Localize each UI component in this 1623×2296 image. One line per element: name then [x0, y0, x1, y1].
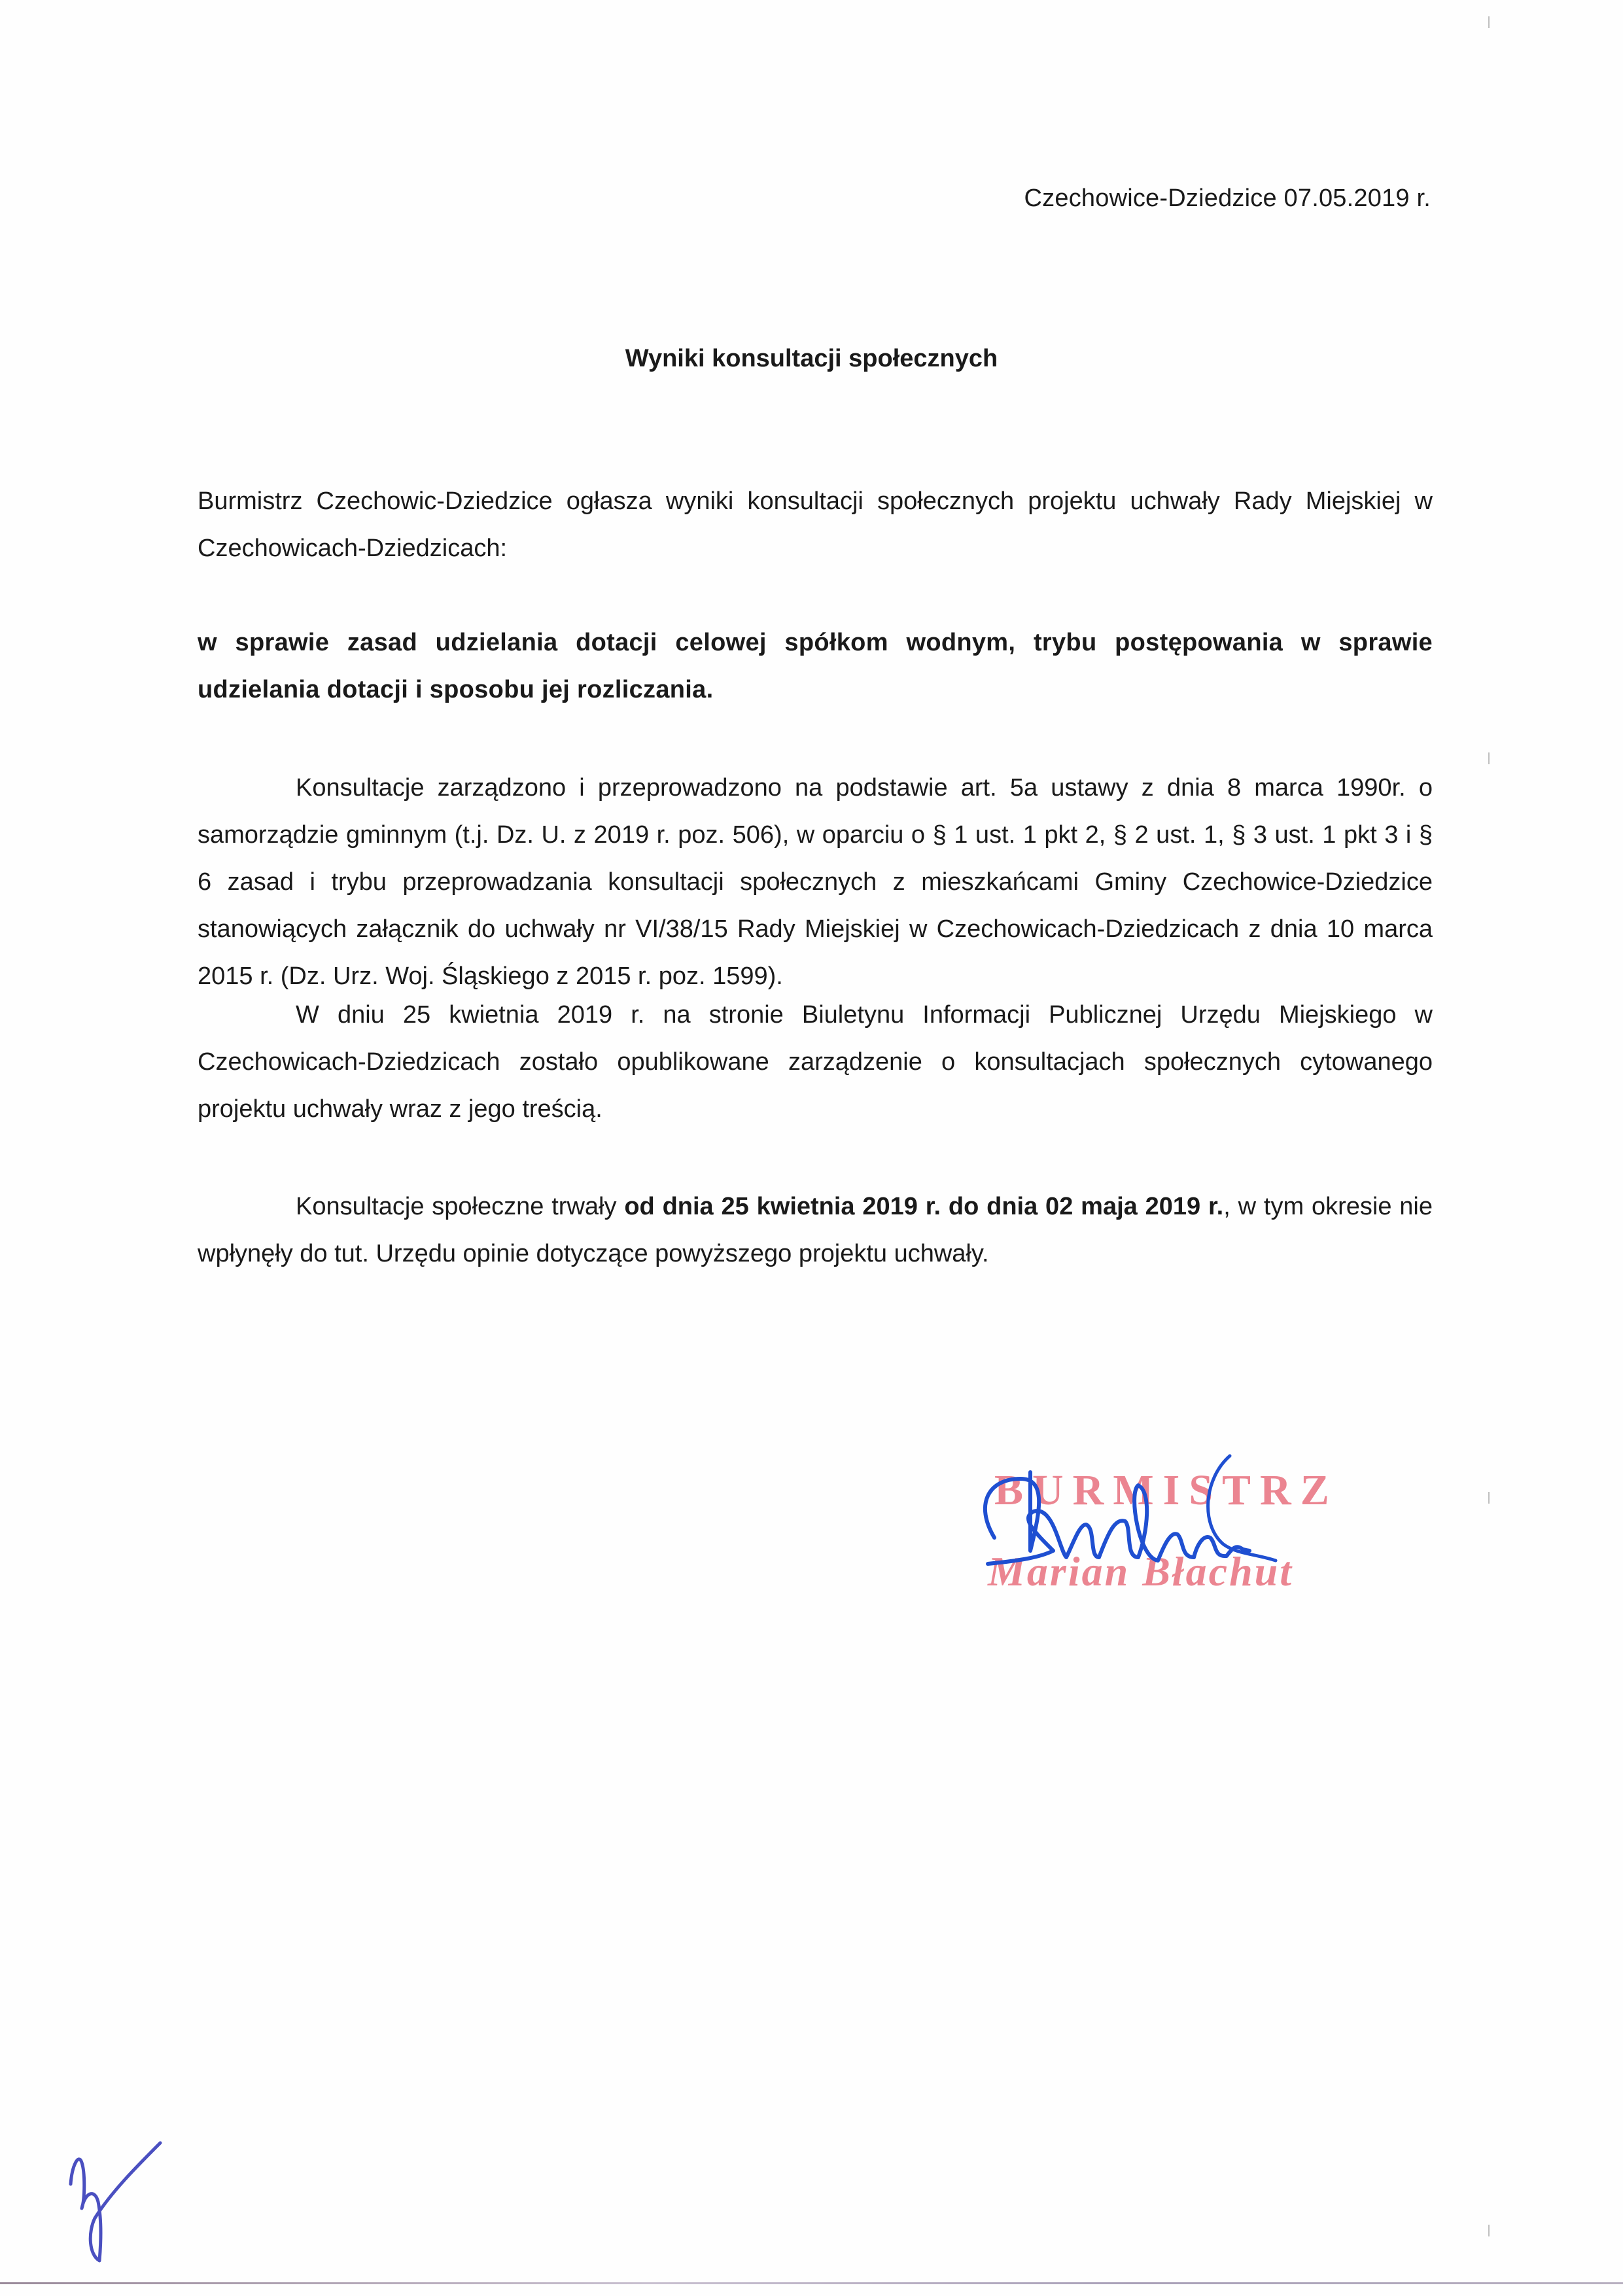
page-bottom-edge	[0, 2282, 1623, 2284]
scan-artifact	[1488, 16, 1490, 28]
handwritten-signature-icon	[968, 1453, 1400, 1603]
subject-paragraph: w sprawie zasad udzielania dotacji celow…	[198, 619, 1433, 713]
legal-basis-paragraph: Konsultacje zarządzono i przeprowadzono …	[198, 764, 1433, 1000]
consultation-period-paragraph: Konsultacje społeczne trwały od dnia 25 …	[198, 1183, 1433, 1277]
period-text-before: Konsultacje społeczne trwały	[296, 1193, 624, 1220]
document-title: Wyniki konsultacji społecznych	[0, 345, 1623, 373]
place-and-date: Czechowice-Dziedzice 07.05.2019 r.	[1024, 185, 1431, 213]
scan-artifact	[1488, 752, 1490, 764]
scan-artifact	[1488, 1492, 1490, 1504]
scanned-document-page: Czechowice-Dziedzice 07.05.2019 r. Wynik…	[0, 0, 1623, 2296]
intro-paragraph: Burmistrz Czechowic-Dziedzice ogłasza wy…	[198, 478, 1433, 572]
publication-paragraph: W dniu 25 kwietnia 2019 r. na stronie Bi…	[198, 991, 1433, 1133]
period-dates: od dnia 25 kwietnia 2019 r. do dnia 02 m…	[624, 1193, 1223, 1220]
scan-artifact	[1488, 2225, 1490, 2236]
handwritten-paraph-icon	[33, 2127, 229, 2290]
